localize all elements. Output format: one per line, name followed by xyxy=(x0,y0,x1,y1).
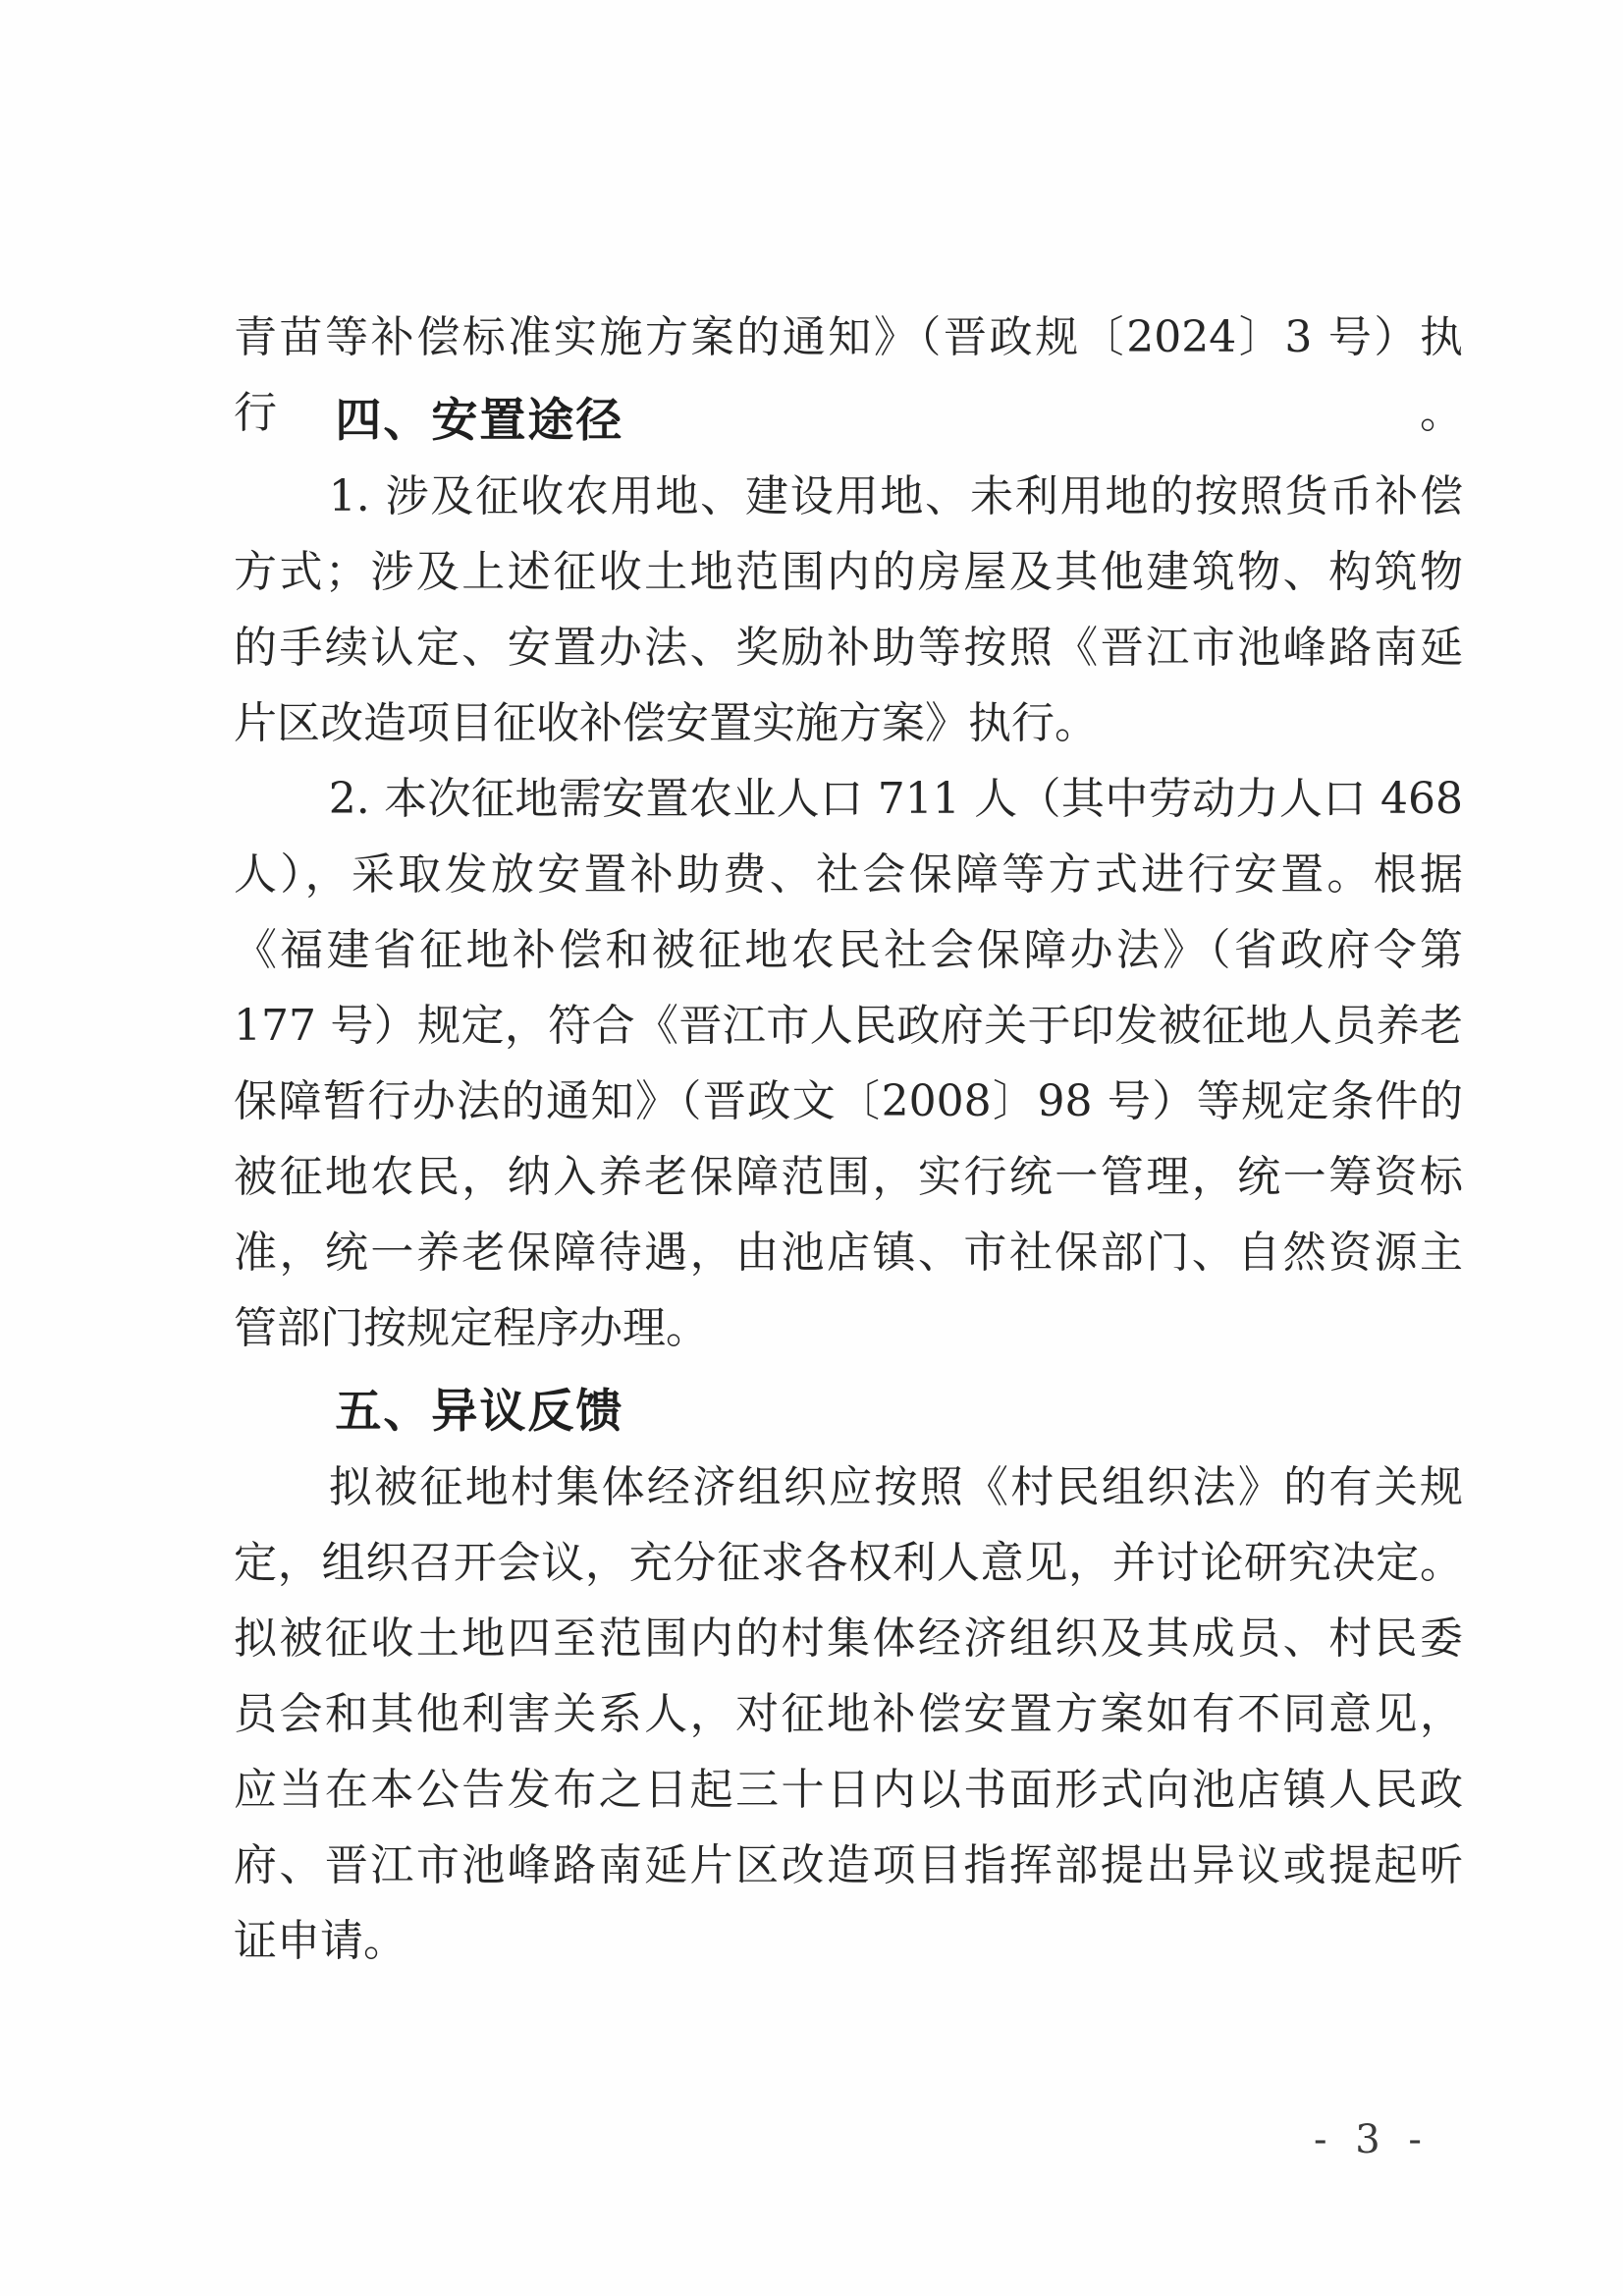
body-line: 被征地农民，纳入养老保障范围，实行统一管理，统一筹资标 xyxy=(234,1139,1463,1215)
body-line: 2. 本次征地需安置农业人口 711 人（其中劳动力人口 468 xyxy=(234,761,1463,837)
body-line: 的手续认定、安置办法、奖励补助等按照《晋江市池峰路南延 xyxy=(234,610,1463,685)
body-line: 人），采取发放安置补助费、社会保障等方式进行安置。根据 xyxy=(234,837,1463,912)
body-line: 管部门按规定程序办理。 xyxy=(234,1290,1463,1366)
body-line: 拟被征收土地四至范围内的村集体经济组织及其成员、村民委 xyxy=(234,1601,1463,1676)
body-line: 《福建省征地补偿和被征地农民社会保障办法》（省政府令第 xyxy=(234,912,1463,988)
body-line: 府、晋江市池峰路南延片区改造项目指挥部提出异议或提起听 xyxy=(234,1828,1463,1903)
body-line: 片区改造项目征收补偿安置实施方案》执行。 xyxy=(234,685,1463,761)
body-line: 应当在本公告发布之日起三十日内以书面形式向池店镇人民政 xyxy=(234,1752,1463,1828)
document-body: 青苗等补偿标准实施方案的通知》（晋政规〔2024〕3 号）执行。 四、安置途径 … xyxy=(234,300,1463,1979)
body-line: 177 号）规定，符合《晋江市人民政府关于印发被征地人员养老 xyxy=(234,988,1463,1064)
body-line: 员会和其他利害关系人，对征地补偿安置方案如有不同意见， xyxy=(234,1676,1463,1752)
body-line: 青苗等补偿标准实施方案的通知》（晋政规〔2024〕3 号）执行。 xyxy=(234,300,1463,375)
body-line: 定，组织召开会议，充分征求各权利人意见，并讨论研究决定。 xyxy=(234,1525,1463,1601)
page-number: - 3 - xyxy=(1314,2117,1430,2162)
body-line: 保障暂行办法的通知》（晋政文〔2008〕98 号）等规定条件的 xyxy=(234,1064,1463,1139)
body-line: 证申请。 xyxy=(234,1903,1463,1979)
body-line: 准，统一养老保障待遇，由池店镇、市社保部门、自然资源主 xyxy=(234,1215,1463,1290)
document-page: 青苗等补偿标准实施方案的通知》（晋政规〔2024〕3 号）执行。 四、安置途径 … xyxy=(0,0,1623,2296)
body-line: 方式；涉及上述征收土地范围内的房屋及其他建筑物、构筑物 xyxy=(234,534,1463,610)
section-heading-5: 五、异议反馈 xyxy=(234,1374,1463,1449)
body-line: 1. 涉及征收农用地、建设用地、未利用地的按照货币补偿 xyxy=(234,459,1463,534)
body-line: 拟被征地村集体经济组织应按照《村民组织法》的有关规 xyxy=(234,1449,1463,1525)
